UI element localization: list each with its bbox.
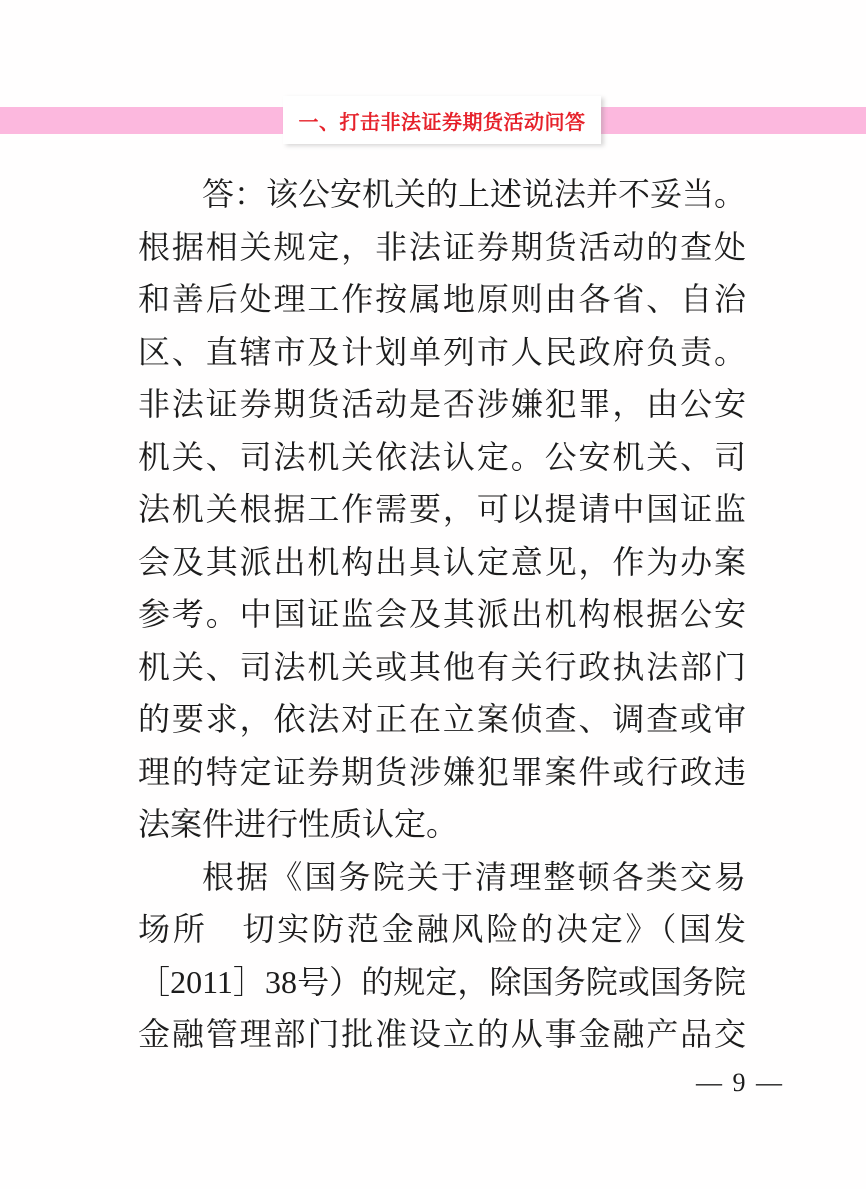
body-line: 会及其派出机构出具认定意见，作为办案 xyxy=(138,536,746,589)
body-line: 法机关根据工作需要，可以提请中国证监 xyxy=(138,483,746,536)
page-title: 一、打击非法证券期货活动问答 xyxy=(299,106,586,135)
page-number: — 9 — xyxy=(660,1068,820,1098)
body-line: 和善后处理工作按属地原则由各省、自治 xyxy=(138,273,746,326)
body-line: 根据《国务院关于清理整顿各类交易 xyxy=(138,851,746,904)
body-line: 理的特定证券期货涉嫌犯罪案件或行政违 xyxy=(138,746,746,799)
body-line: 机关、司法机关或其他有关行政执法部门 xyxy=(138,641,746,694)
body-text: 答：该公安机关的上述说法并不妥当。 根据相关规定，非法证券期货活动的查处 和善后… xyxy=(138,168,746,1061)
body-line: 参考。中国证监会及其派出机构根据公安 xyxy=(138,588,746,641)
body-line: ［2011］38号）的规定，除国务院或国务院 xyxy=(138,956,746,1009)
body-line: 法案件进行性质认定。 xyxy=(138,798,746,851)
body-line: 场所 切实防范金融风险的决定》（国发 xyxy=(138,903,746,956)
book-page: 一、打击非法证券期货活动问答 答：该公安机关的上述说法并不妥当。 根据相关规定，… xyxy=(0,0,866,1189)
body-line: 机关、司法机关依法认定。公安机关、司 xyxy=(138,431,746,484)
header-title-box: 一、打击非法证券期货活动问答 xyxy=(283,96,601,144)
body-line: 根据相关规定，非法证券期货活动的查处 xyxy=(138,221,746,274)
body-line: 的要求，依法对正在立案侦查、调查或审 xyxy=(138,693,746,746)
body-line: 金融管理部门批准设立的从事金融产品交 xyxy=(138,1008,746,1061)
body-line: 非法证券期货活动是否涉嫌犯罪，由公安 xyxy=(138,378,746,431)
body-line: 区、直辖市及计划单列市人民政府负责。 xyxy=(138,326,746,379)
body-line: 答：该公安机关的上述说法并不妥当。 xyxy=(138,168,746,221)
